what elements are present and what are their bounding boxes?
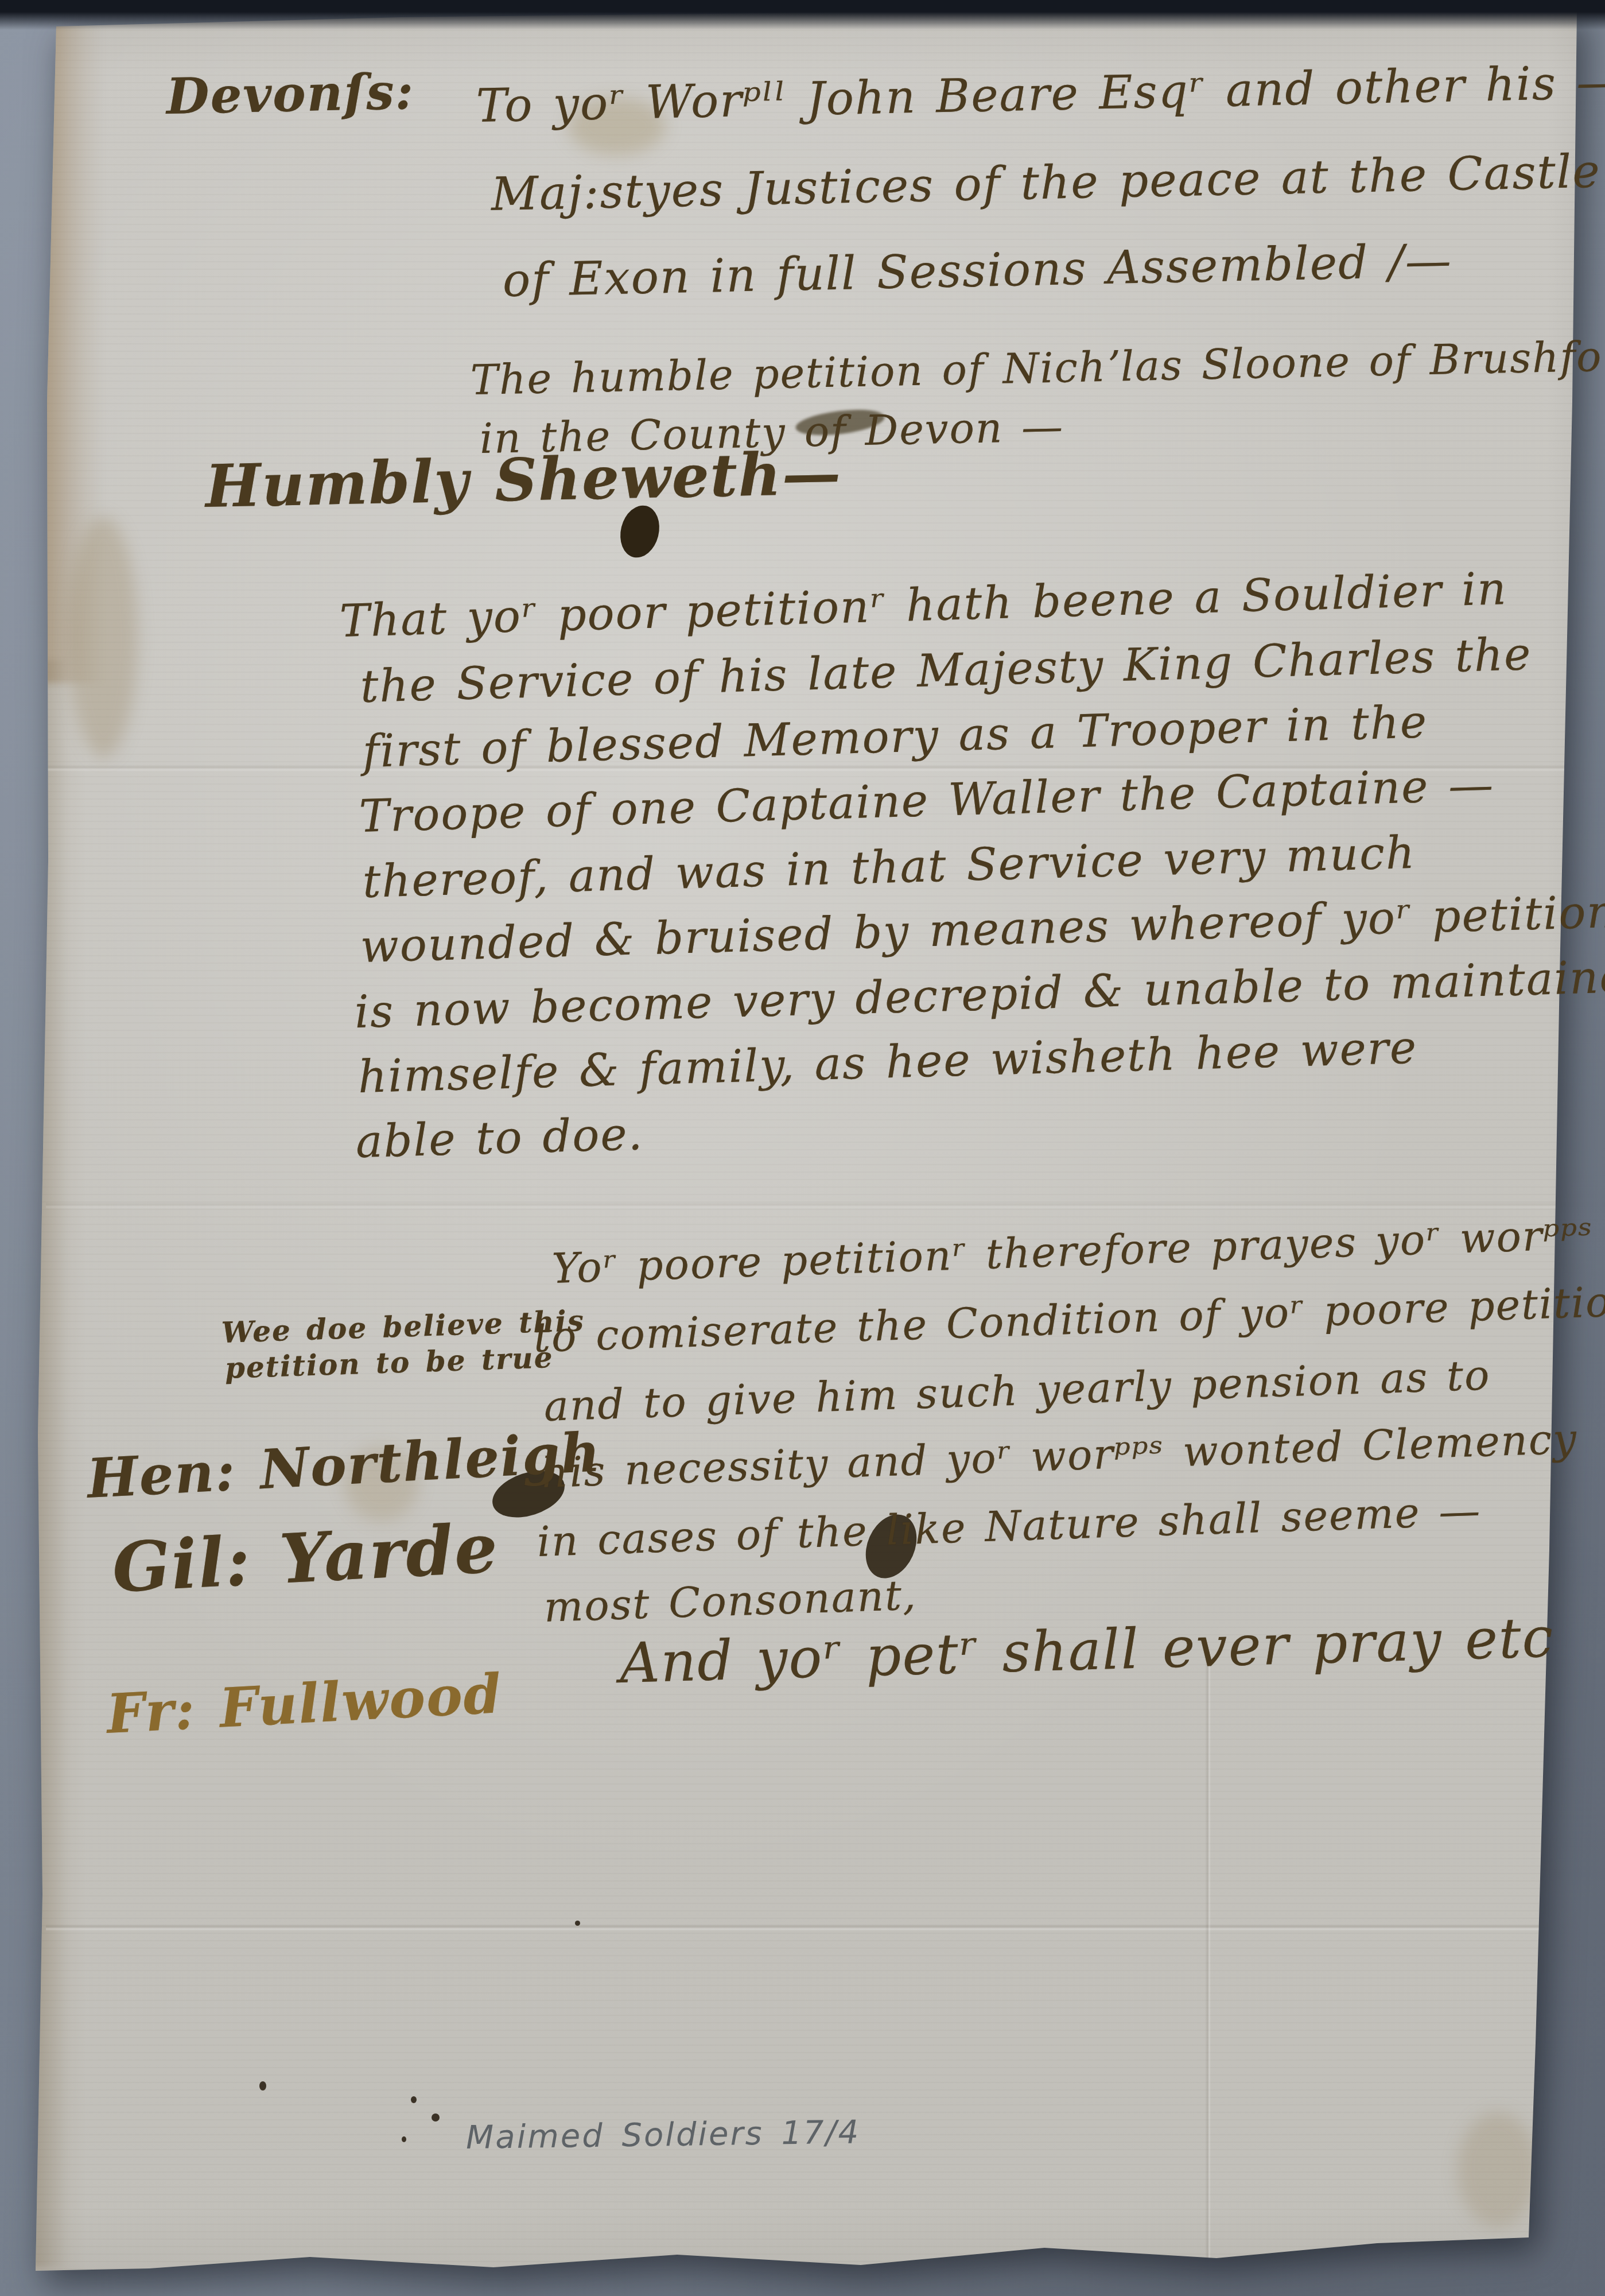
ink-speck (259, 2081, 266, 2091)
manuscript-scan: Devonſs: To yoʳ Worᵖˡˡ John Beare Esqʳ a… (0, 0, 1605, 2296)
scan-edge-shadow (0, 0, 1605, 30)
paper-stain (69, 517, 138, 758)
ink-speck (432, 2113, 440, 2122)
fold-crease-vertical (1205, 1653, 1211, 2262)
body-line: able to doe. (355, 1108, 644, 1168)
salutation: Humbly Sheweth— (205, 439, 842, 521)
ink-speck (411, 2096, 417, 2103)
fold-crease-middle (46, 1202, 1565, 1209)
fold-crease-lower (46, 1924, 1565, 1931)
ink-speck (575, 1921, 580, 1926)
county-heading: Devonſs: (166, 63, 415, 126)
paper-stain (1458, 2112, 1538, 2227)
paper-left-edge-shading (33, 660, 68, 2267)
ink-speck (402, 2136, 406, 2142)
archival-pencil-note: Maimed Soldiers 17/4 (466, 2113, 861, 2157)
